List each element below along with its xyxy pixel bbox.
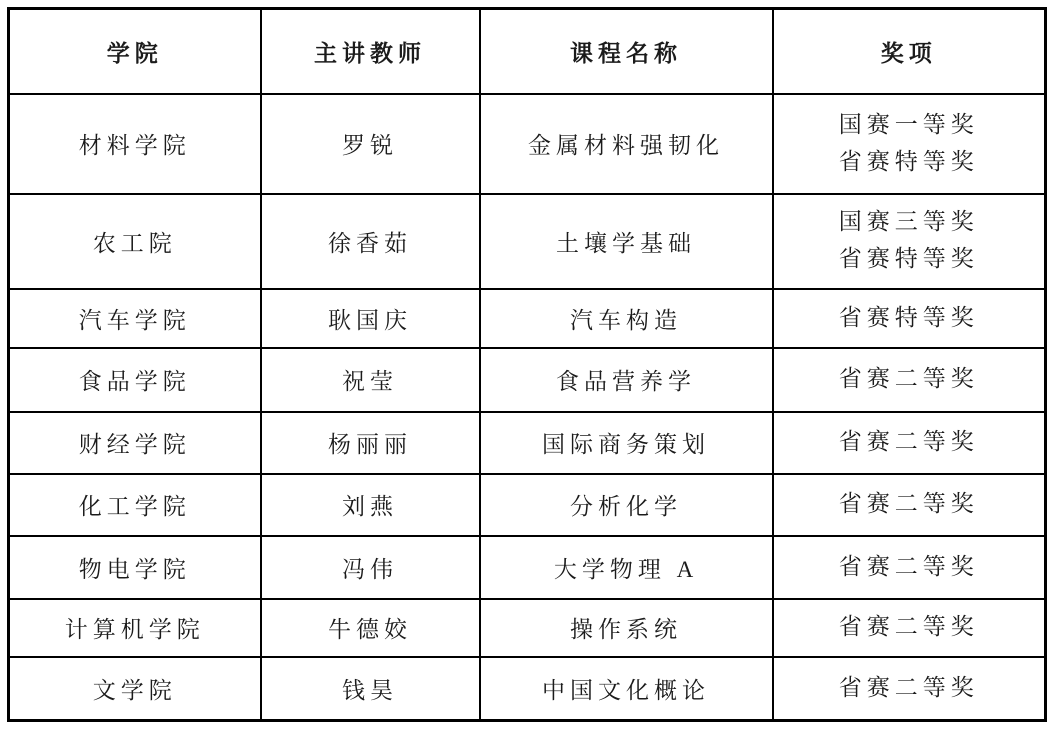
table-header-row: 学院 主讲教师 课程名称 奖项 [9, 9, 1046, 94]
cell-teacher: 杨丽丽 [261, 412, 480, 474]
cell-teacher: 刘燕 [261, 474, 480, 536]
cell-teacher: 罗锐 [261, 94, 480, 194]
cell-teacher: 祝莹 [261, 348, 480, 412]
table-row: 农工院 徐香茹 土壤学基础 国赛三等奖 省赛特等奖 [9, 194, 1046, 289]
cell-course: 土壤学基础 [480, 194, 773, 289]
cell-teacher: 耿国庆 [261, 289, 480, 348]
cell-teacher: 徐香茹 [261, 194, 480, 289]
cell-college: 文学院 [9, 657, 261, 721]
table-row: 材料学院 罗锐 金属材料强韧化 国赛一等奖 省赛特等奖 [9, 94, 1046, 194]
cell-college: 汽车学院 [9, 289, 261, 348]
cell-course: 分析化学 [480, 474, 773, 536]
cell-award: 省赛二等奖 [773, 599, 1046, 657]
cell-college: 化工学院 [9, 474, 261, 536]
cell-college: 农工院 [9, 194, 261, 289]
table-row: 化工学院 刘燕 分析化学 省赛二等奖 [9, 474, 1046, 536]
cell-award: 省赛特等奖 [773, 289, 1046, 348]
course-awards-table: 学院 主讲教师 课程名称 奖项 材料学院 罗锐 金属材料强韧化 国赛一等奖 省赛… [7, 7, 1047, 722]
table-row: 财经学院 杨丽丽 国际商务策划 省赛二等奖 [9, 412, 1046, 474]
cell-teacher: 牛德姣 [261, 599, 480, 657]
cell-course: 国际商务策划 [480, 412, 773, 474]
table-row: 计算机学院 牛德姣 操作系统 省赛二等奖 [9, 599, 1046, 657]
cell-award: 省赛二等奖 [773, 474, 1046, 536]
cell-award: 省赛二等奖 [773, 536, 1046, 599]
document-page: 学院 主讲教师 课程名称 奖项 材料学院 罗锐 金属材料强韧化 国赛一等奖 省赛… [0, 0, 1048, 732]
table-row: 汽车学院 耿国庆 汽车构造 省赛特等奖 [9, 289, 1046, 348]
cell-college: 财经学院 [9, 412, 261, 474]
header-cell-teacher: 主讲教师 [261, 9, 480, 94]
table-row: 文学院 钱昊 中国文化概论 省赛二等奖 [9, 657, 1046, 721]
cell-college: 物电学院 [9, 536, 261, 599]
cell-college: 材料学院 [9, 94, 261, 194]
cell-award: 国赛一等奖 省赛特等奖 [773, 94, 1046, 194]
table-row: 食品学院 祝莹 食品营养学 省赛二等奖 [9, 348, 1046, 412]
cell-course: 中国文化概论 [480, 657, 773, 721]
header-cell-course: 课程名称 [480, 9, 773, 94]
cell-teacher: 冯伟 [261, 536, 480, 599]
cell-college: 食品学院 [9, 348, 261, 412]
cell-award: 省赛二等奖 [773, 657, 1046, 721]
cell-course: 操作系统 [480, 599, 773, 657]
cell-course: 大学物理 A [480, 536, 773, 599]
cell-award: 国赛三等奖 省赛特等奖 [773, 194, 1046, 289]
cell-award: 省赛二等奖 [773, 348, 1046, 412]
cell-course: 汽车构造 [480, 289, 773, 348]
table-row: 物电学院 冯伟 大学物理 A 省赛二等奖 [9, 536, 1046, 599]
cell-college: 计算机学院 [9, 599, 261, 657]
cell-teacher: 钱昊 [261, 657, 480, 721]
cell-course: 金属材料强韧化 [480, 94, 773, 194]
header-cell-college: 学院 [9, 9, 261, 94]
header-cell-award: 奖项 [773, 9, 1046, 94]
cell-award: 省赛二等奖 [773, 412, 1046, 474]
cell-course: 食品营养学 [480, 348, 773, 412]
